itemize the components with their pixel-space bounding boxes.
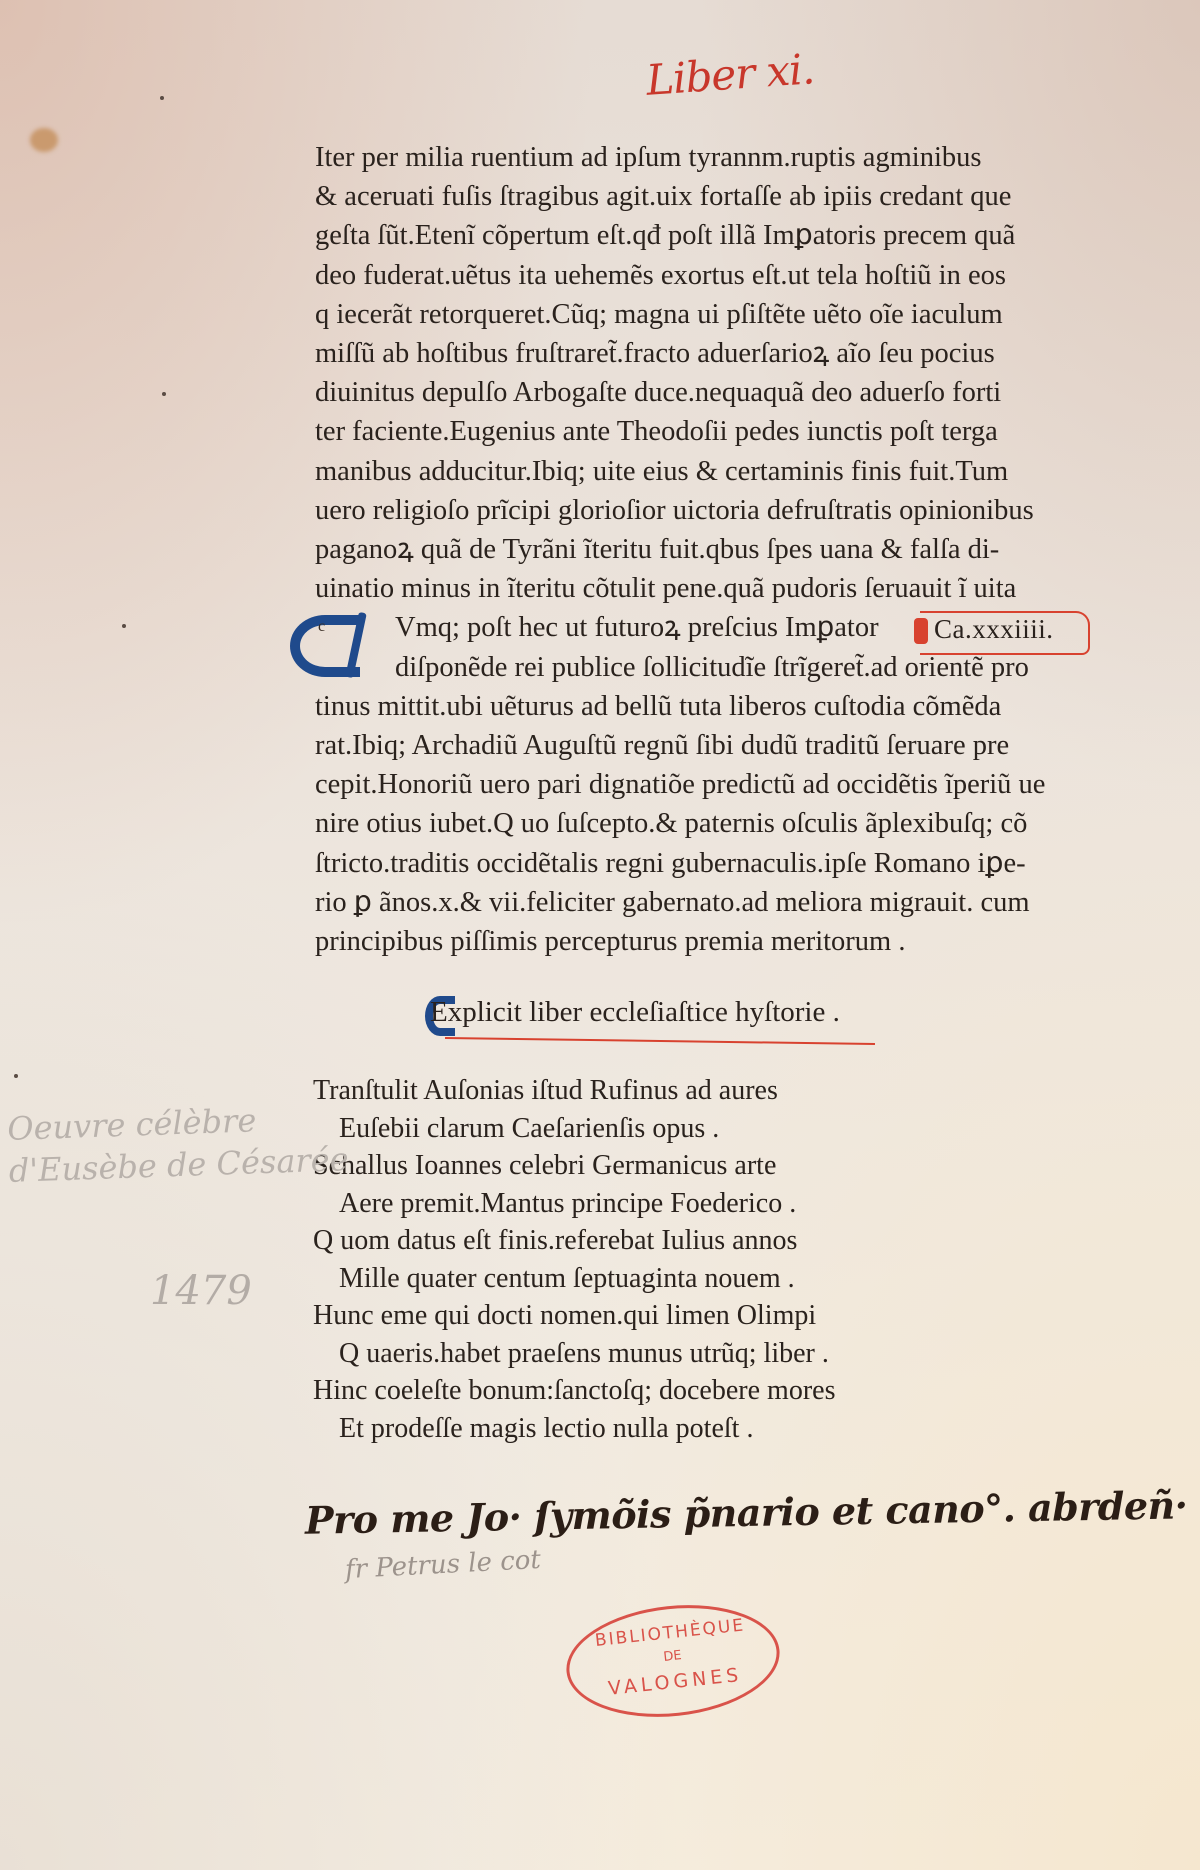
colophon-verse: Q uom datus eſt finis.referebat Iulius a…	[313, 1222, 835, 1260]
ink-speck	[14, 1074, 18, 1078]
pilcrow-icon	[914, 618, 928, 644]
text-line: ter faciente.Eugenius ante Theodoſii ped…	[315, 412, 1095, 451]
guide-letter: c	[318, 618, 325, 636]
colophon-verse: Mille quater centum ſeptuaginta nouem .	[313, 1260, 835, 1298]
rubric-underline	[445, 1037, 875, 1045]
colophon-verse: Et prodeſſe magis lectio nulla poteſt .	[313, 1410, 835, 1448]
text-line: rio ꝑ ãnos.x.& vii.feliciter gabernato.a…	[315, 883, 1095, 922]
text-line: nire otius iubet.Q uo ſuſcepto.& paterni…	[315, 804, 1095, 843]
text-line: geſta ſũt.Etenĩ cõpertum eſt.qđ poſt ill…	[315, 216, 1095, 255]
colophon-verse: Tranſtulit Auſonias iſtud Rufinus ad aur…	[313, 1072, 835, 1110]
text-line: deo fuderat.uẽtus ita uehemẽs exortus eſ…	[315, 256, 1095, 295]
colophon-verse: Q uaeris.habet praeſens munus utrũq; lib…	[313, 1335, 835, 1373]
text-line: uero religioſo prĩcipi glorioſior uictor…	[315, 491, 1095, 530]
ownership-inscription: Pro me Jo· ſymõis p̃nario et cano°. abrd…	[305, 1482, 1188, 1542]
colophon-verse: Hunc eme qui docti nomen.qui limen Olimp…	[313, 1297, 835, 1335]
colophon-verses: Tranſtulit Auſonias iſtud Rufinus ad aur…	[313, 1072, 835, 1447]
text-line: Iter per milia ruentium ad ipſum tyrannm…	[315, 138, 1095, 177]
text-line: q iecerãt retorqueret.Cũq; magna ui pſiſ…	[315, 295, 1095, 334]
text-line: cepit.Honoriũ uero pari dignatiõe predic…	[315, 765, 1095, 804]
foxing-stain	[30, 128, 58, 152]
parchment-page: Liber xi. Iter per milia ruentium ad ipſ…	[0, 0, 1200, 1870]
text-line: miſſũ ab hoſtibus fruſtraret̃.fracto adu…	[315, 334, 1095, 373]
explicit-line: Explicit liber eccleſiaſtice hyſtorie .	[430, 996, 840, 1029]
text-line: ſtricto.traditis occidẽtalis regni guber…	[315, 844, 1095, 883]
ink-speck	[122, 624, 126, 628]
running-head: Liber xi.	[644, 44, 815, 105]
margin-pencil-note: Oeuvre célèbre d'Eusèbe de Césarée	[7, 1096, 350, 1192]
ink-speck	[160, 96, 164, 100]
main-text-block: Iter per milia ruentium ad ipſum tyrannm…	[315, 138, 1095, 961]
text-line: principibus piſſimis percepturus premia …	[315, 922, 1095, 961]
library-stamp: BIBLIOTHÈQUE DE VALOGNES	[561, 1595, 785, 1727]
text-line: manibus adducitur.Ibiq; uite eius & cert…	[315, 452, 1095, 491]
text-line: tinus mittit.ubi uẽturus ad bellũ tuta l…	[315, 687, 1095, 726]
text-line: diuinitus depulſo Arbogaſte duce.nequaqu…	[315, 373, 1095, 412]
text-line: uinatio minus in ĩteritu cõtulit pene.qu…	[315, 569, 1095, 608]
text-line: & aceruati fuſis ſtragibus agit.uix fort…	[315, 177, 1095, 216]
colophon-verse: Schallus Ioannes celebri Germanicus arte	[313, 1147, 835, 1185]
text-line: paganoꝝ quã de Tyrãni ĩteritu fuit.qbus …	[315, 530, 1095, 569]
colophon-verse: Hinc coeleſte bonum:ſanctoſq; docebere m…	[313, 1372, 835, 1410]
ink-speck	[162, 392, 166, 396]
colophon-verse: Euſebii clarum Caeſarienſis opus .	[313, 1110, 835, 1148]
chapter-number: Ca.xxxiiii.	[934, 614, 1054, 645]
faint-pencil-note: fr Petrus le cot	[344, 1545, 541, 1585]
text-line: rat.Ibiq; Archadiũ Auguſtũ regnũ ſibi du…	[315, 726, 1095, 765]
colophon-verse: Aere premit.Mantus principe Foederico .	[313, 1185, 835, 1223]
margin-date: 1479	[150, 1268, 252, 1314]
